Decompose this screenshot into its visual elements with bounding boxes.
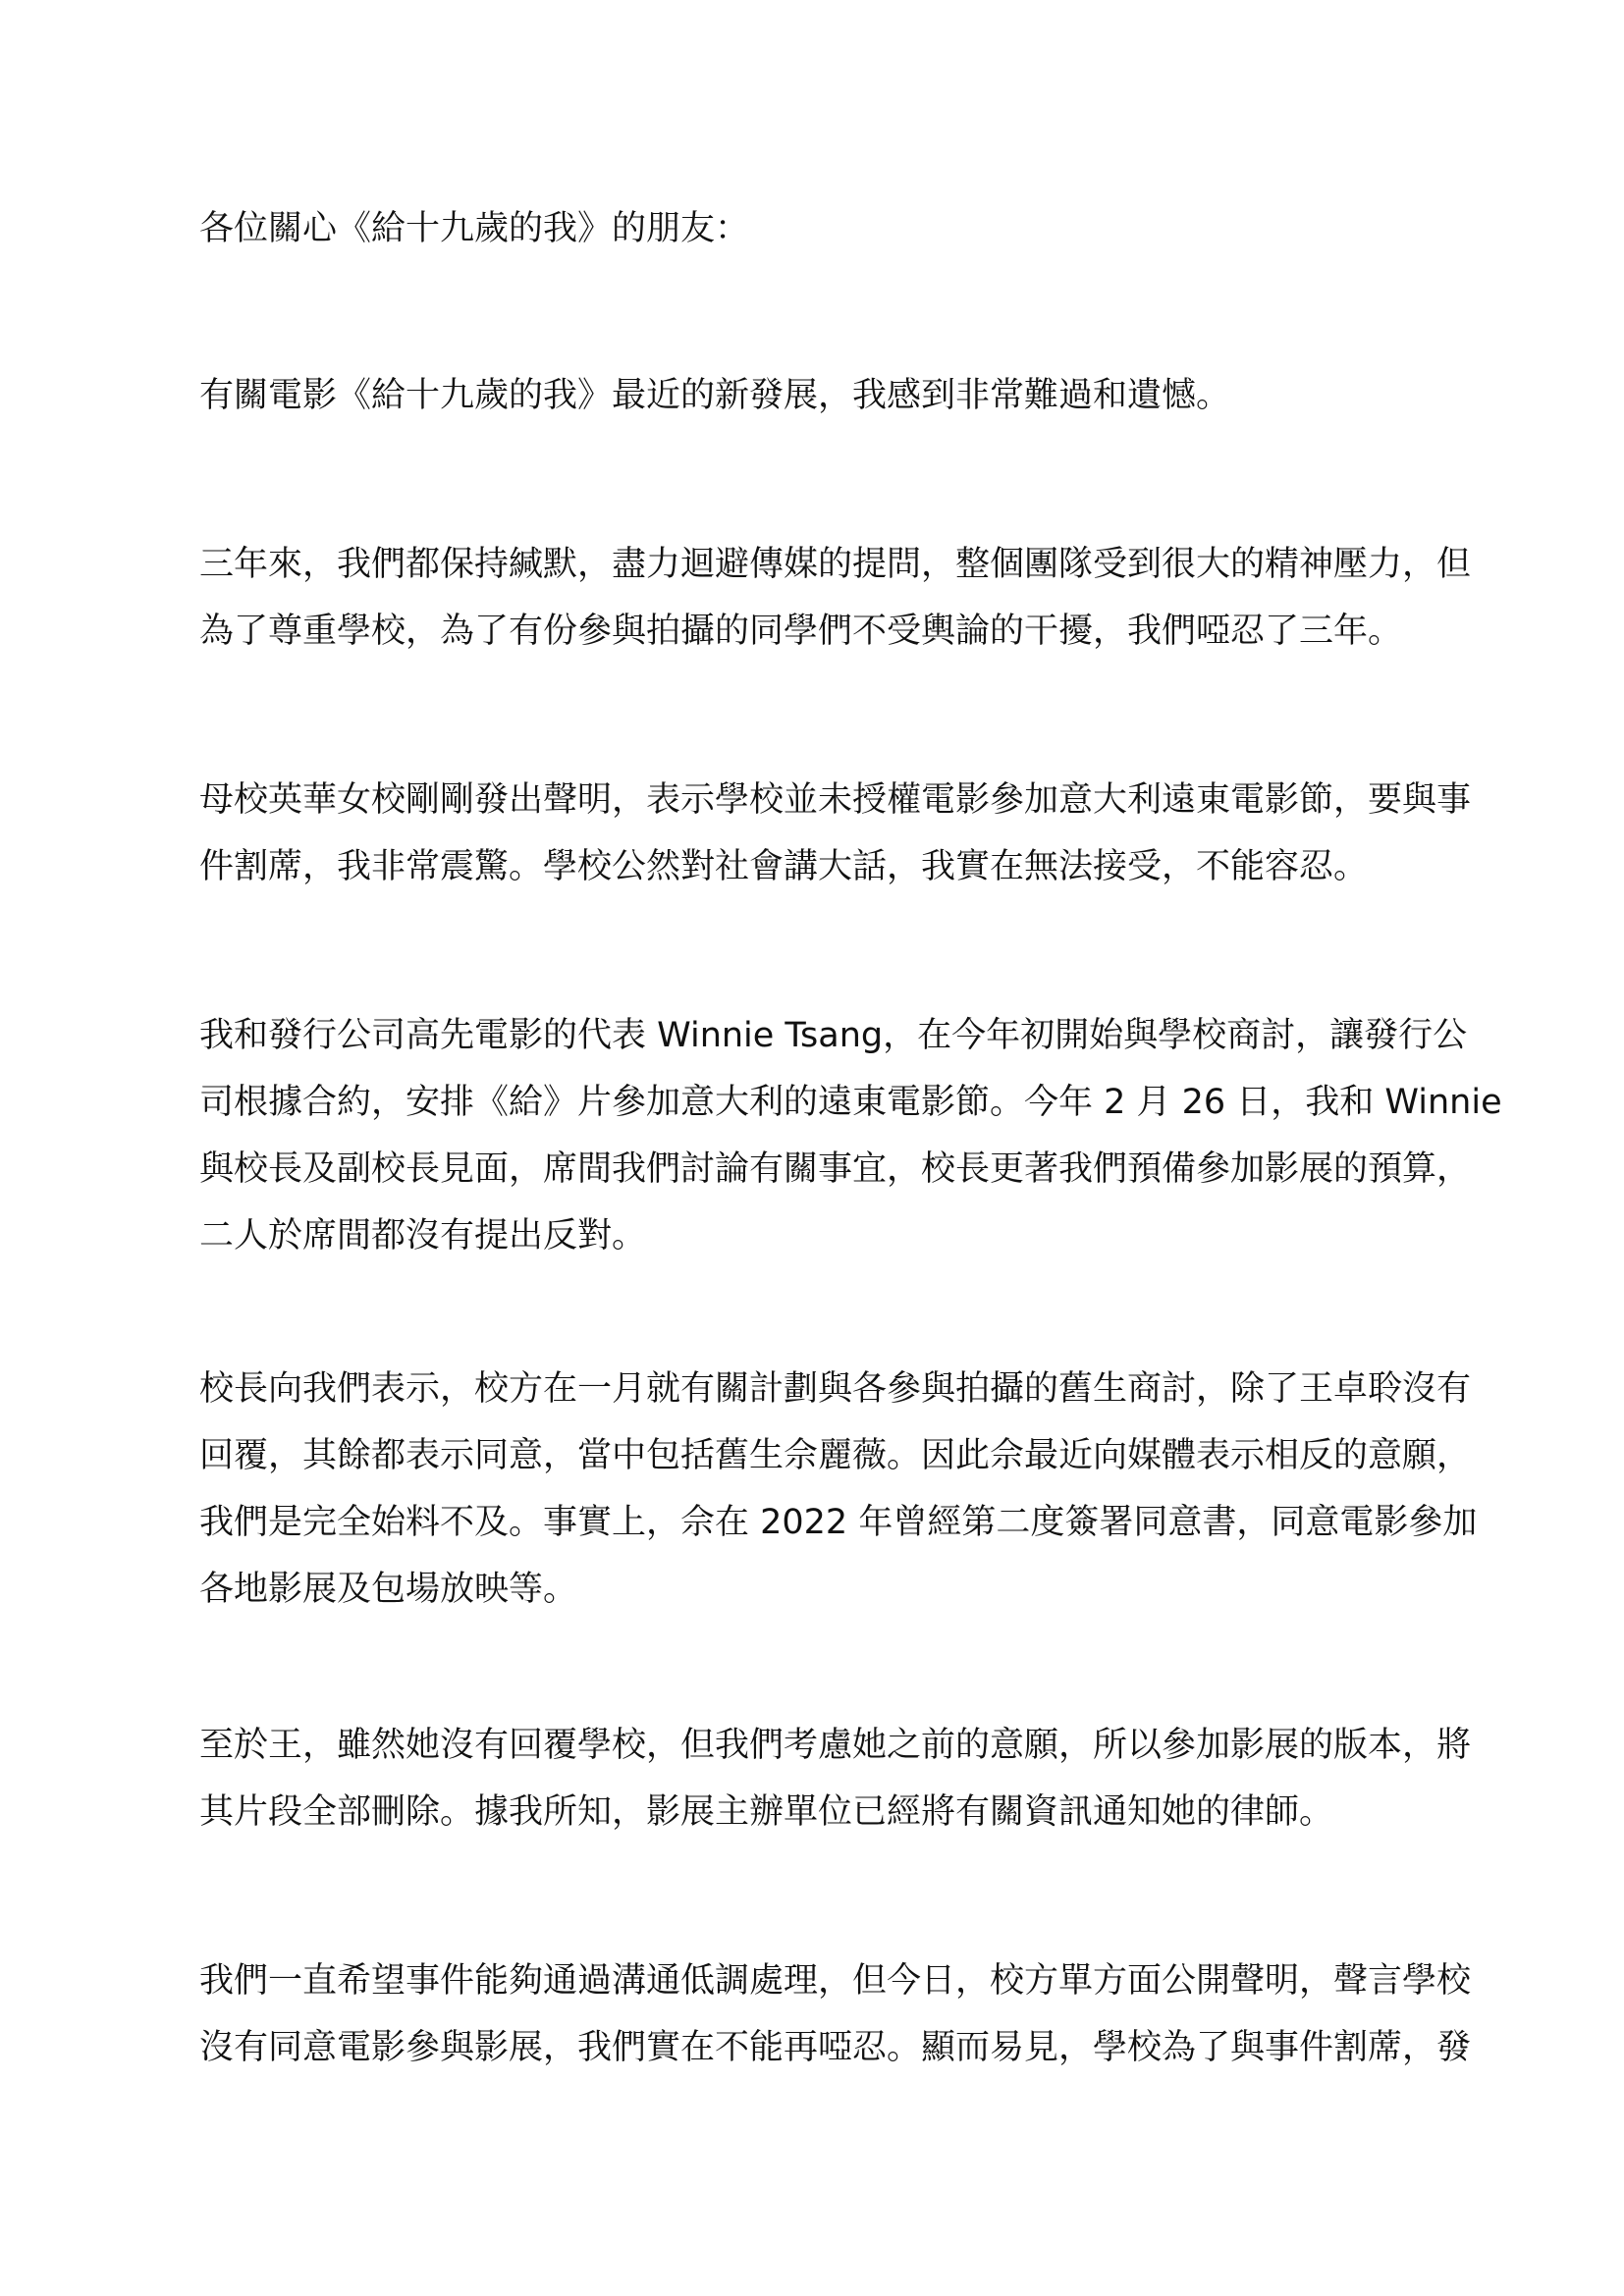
salutation-line: 各位關心《給十九歲的我》的朋友： — [199, 195, 1436, 262]
text-line: 件割蓆，我非常震驚。學校公然對社會講大話，我實在無法接受，不能容忍。 — [199, 833, 1436, 900]
salutation: 各位關心《給十九歲的我》的朋友： — [199, 195, 1436, 262]
text-line: 我們一直希望事件能夠通過溝通低調處理，但今日，校方單方面公開聲明，聲言學校 — [199, 1948, 1436, 2014]
paragraph-6: 至於王，雖然她沒有回覆學校，但我們考慮她之前的意願，所以參加影展的版本，將 其片… — [199, 1712, 1436, 1845]
text-line: 二人於席間都沒有提出反對。 — [199, 1202, 1436, 1269]
paragraph-2: 三年來，我們都保持緘默，盡力迴避傳媒的提問，整個團隊受到很大的精神壓力，但 為了… — [199, 531, 1436, 665]
text-line: 與校長及副校長見面，席間我們討論有關事宜，校長更著我們預備參加影展的預算， — [199, 1136, 1436, 1202]
paragraph-3: 母校英華女校剛剛發出聲明，表示學校並未授權電影參加意大利遠東電影節，要與事 件割… — [199, 767, 1436, 900]
text-line: 校長向我們表示，校方在一月就有關計劃與各參與拍攝的舊生商討，除了王卓聆沒有 — [199, 1356, 1436, 1422]
paragraph-1: 有關電影《給十九歲的我》最近的新發展，我感到非常難過和遺憾。 — [199, 362, 1436, 429]
text-line: 司根據合約，安排《給》片參加意大利的遠東電影節。今年 2 月 26 日，我和 W… — [199, 1069, 1436, 1136]
text-line: 我和發行公司高先電影的代表 Winnie Tsang，在今年初開始與學校商討，讓… — [199, 1002, 1436, 1069]
text-line: 其片段全部刪除。據我所知，影展主辦單位已經將有關資訊通知她的律師。 — [199, 1779, 1436, 1845]
paragraph-4: 我和發行公司高先電影的代表 Winnie Tsang，在今年初開始與學校商討，讓… — [199, 1002, 1436, 1269]
text-line: 沒有同意電影參與影展，我們實在不能再啞忍。顯而易見，學校為了與事件割蓆，發 — [199, 2014, 1436, 2081]
paragraph-7: 我們一直希望事件能夠通過溝通低調處理，但今日，校方單方面公開聲明，聲言學校 沒有… — [199, 1948, 1436, 2081]
text-line: 三年來，我們都保持緘默，盡力迴避傳媒的提問，整個團隊受到很大的精神壓力，但 — [199, 531, 1436, 598]
text-line: 至於王，雖然她沒有回覆學校，但我們考慮她之前的意願，所以參加影展的版本，將 — [199, 1712, 1436, 1779]
text-line: 為了尊重學校，為了有份參與拍攝的同學們不受輿論的干擾，我們啞忍了三年。 — [199, 598, 1436, 665]
text-line: 回覆，其餘都表示同意，當中包括舊生佘麗薇。因此佘最近向媒體表示相反的意願， — [199, 1422, 1436, 1489]
text-line: 母校英華女校剛剛發出聲明，表示學校並未授權電影參加意大利遠東電影節，要與事 — [199, 767, 1436, 833]
document-page: 各位關心《給十九歲的我》的朋友： 有關電影《給十九歲的我》最近的新發展，我感到非… — [0, 0, 1624, 2296]
text-line: 我們是完全始料不及。事實上，佘在 2022 年曾經第二度簽署同意書，同意電影參加 — [199, 1489, 1436, 1556]
text-line: 有關電影《給十九歲的我》最近的新發展，我感到非常難過和遺憾。 — [199, 362, 1436, 429]
paragraph-5: 校長向我們表示，校方在一月就有關計劃與各參與拍攝的舊生商討，除了王卓聆沒有 回覆… — [199, 1356, 1436, 1623]
text-line: 各地影展及包場放映等。 — [199, 1556, 1436, 1623]
